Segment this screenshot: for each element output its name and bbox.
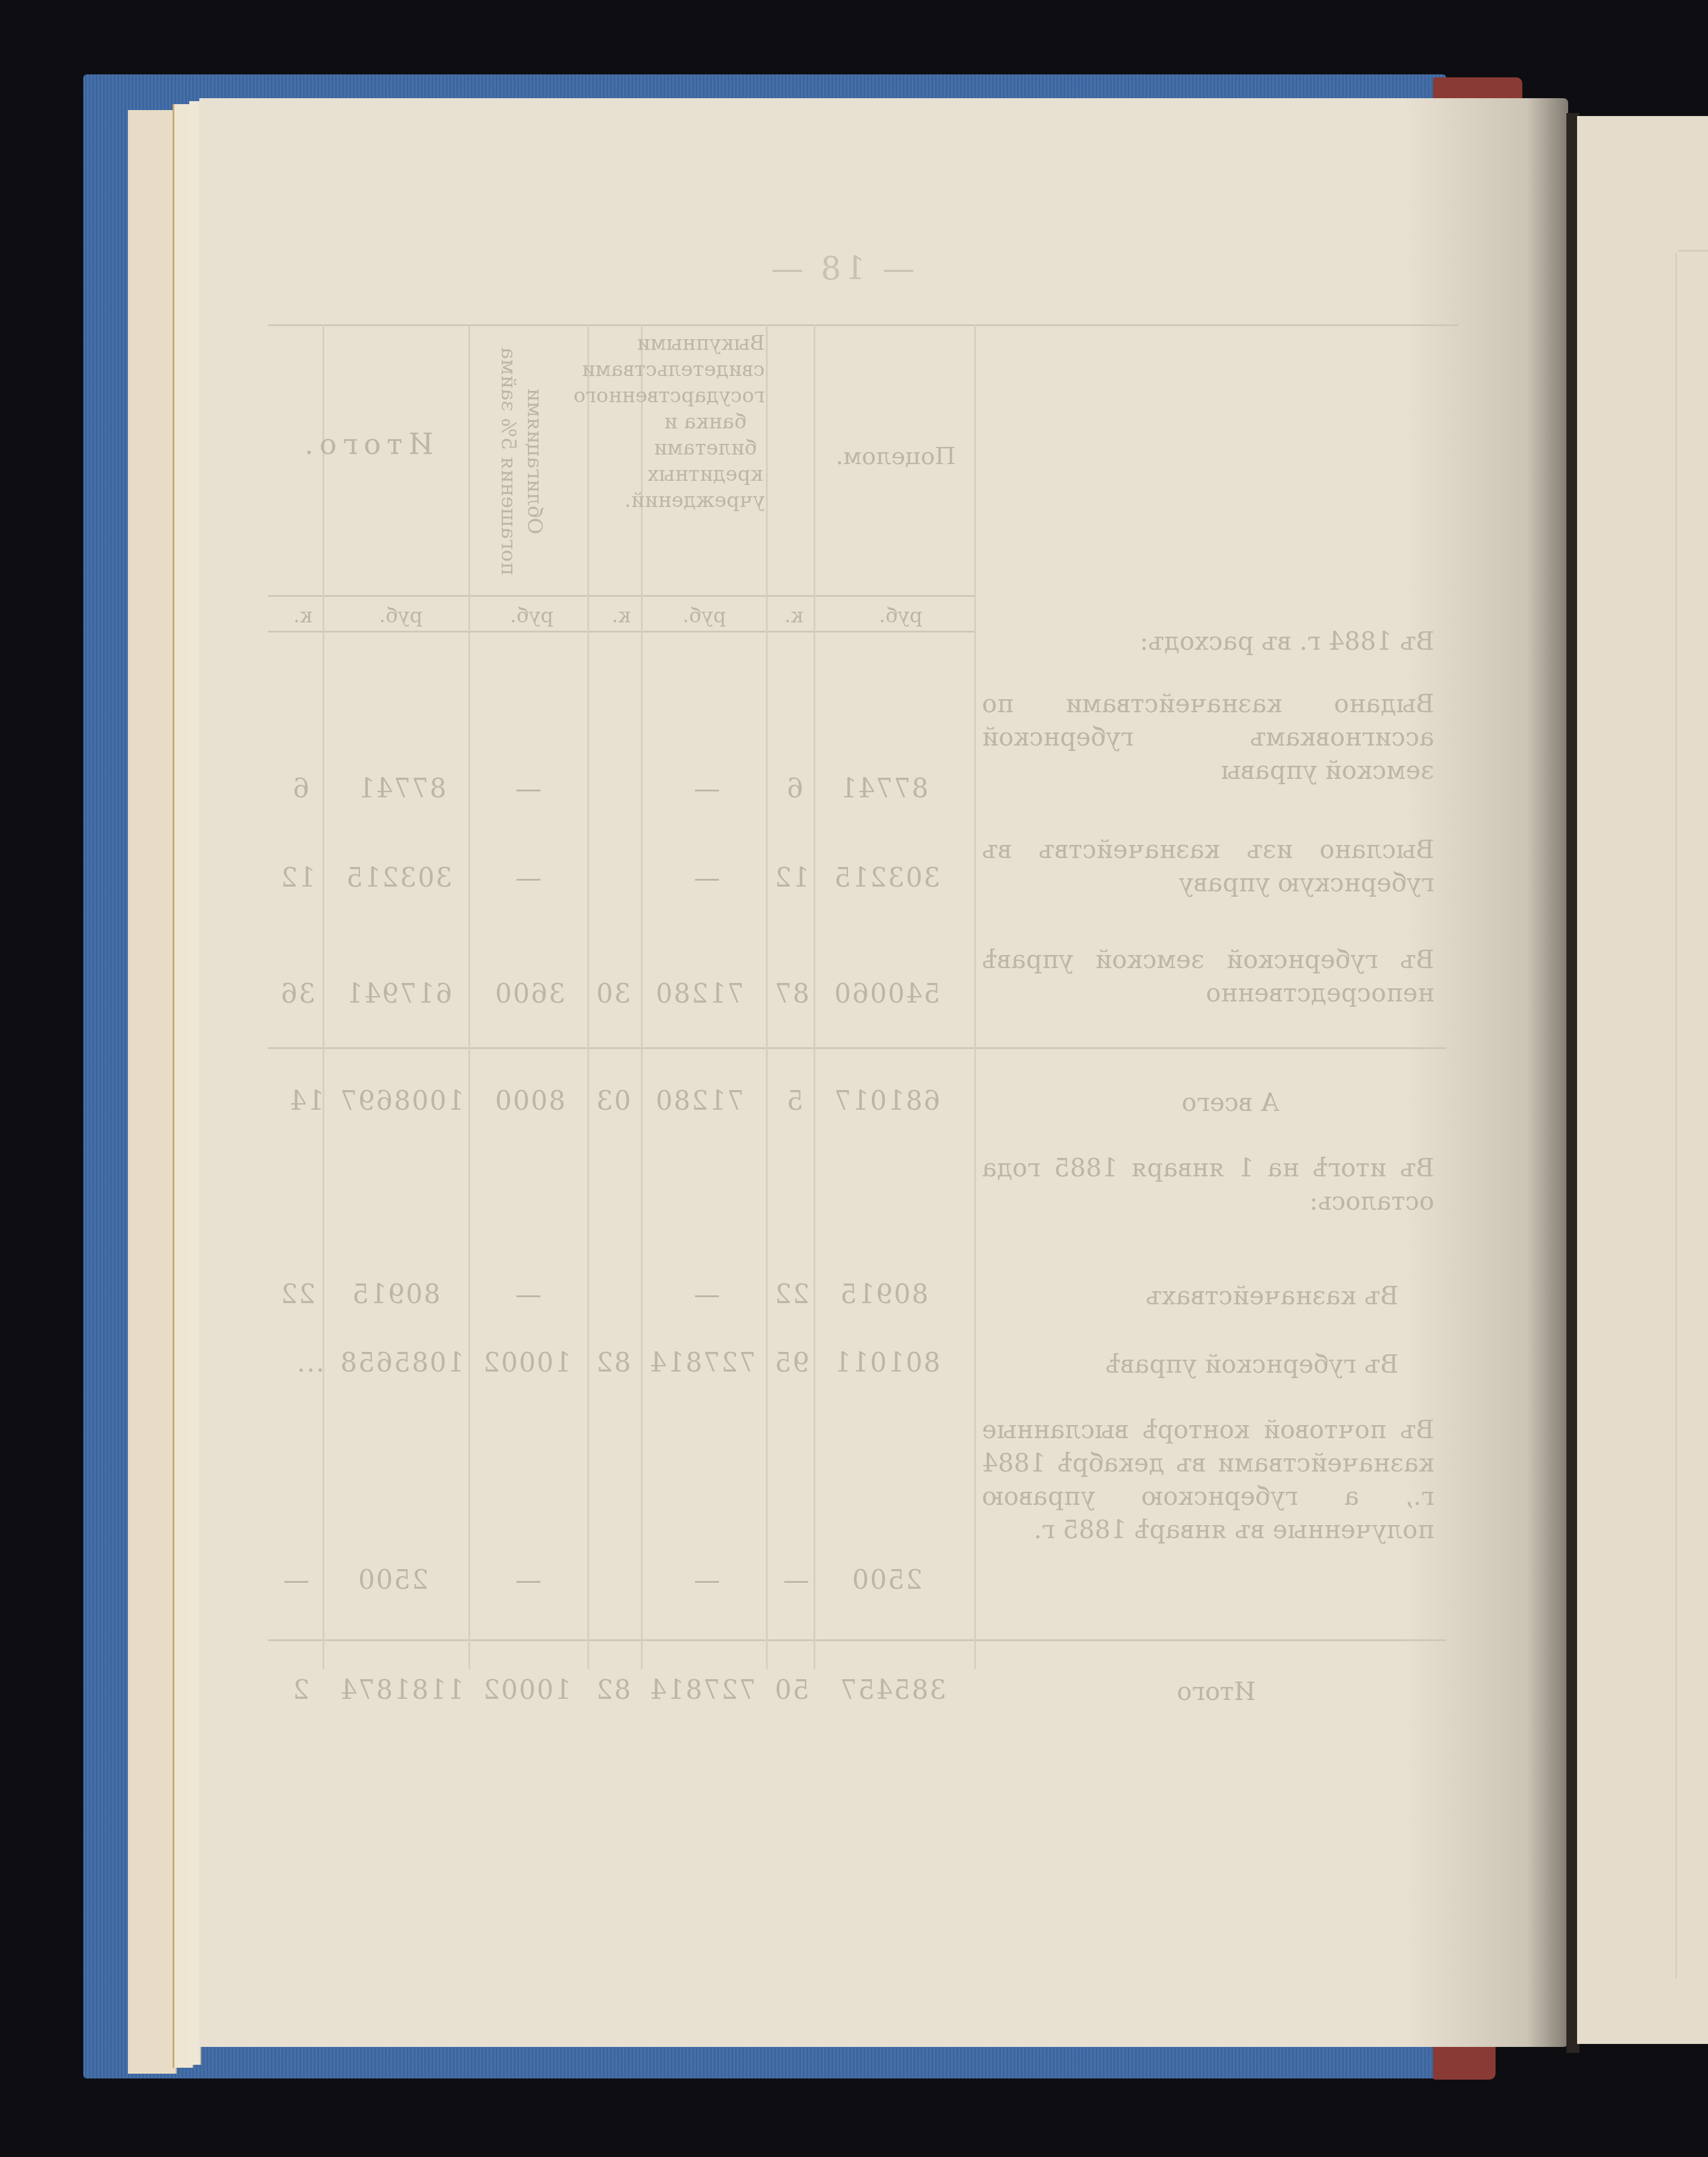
header-rassrochka: Выкупными свидетельствами государственно… xyxy=(646,330,765,514)
facing-page-rule xyxy=(1678,250,1708,252)
cell-c4-kop: 30 xyxy=(595,979,631,1009)
row-label: Въ губернской управѣ xyxy=(982,1348,1434,1381)
row-label: Въ губернской земской управѣ непосредств… xyxy=(982,943,1434,1010)
row-label-total: Итого xyxy=(982,1675,1434,1708)
cell-potselom-rub: 87741 xyxy=(839,774,928,804)
cell-itogo-kop: ... xyxy=(296,1348,324,1378)
cell-c3-rub: 10002 xyxy=(482,1348,571,1378)
col-rule xyxy=(641,324,643,1669)
cell-potselom-rub: 303215 xyxy=(833,863,940,893)
cell-c4-rub: 71280 xyxy=(655,979,744,1009)
col-rule xyxy=(974,324,976,1669)
cell-potselom-rub: 801011 xyxy=(833,1348,940,1378)
cell-c4-rub: — xyxy=(693,774,720,804)
cell-potselom-kop: 22 xyxy=(774,1279,809,1310)
facing-page-rule xyxy=(1675,253,1677,1978)
page-number: — 18 — xyxy=(768,250,915,287)
col-rule xyxy=(766,324,768,1669)
unit-kop: к. xyxy=(293,604,312,628)
cell-itogo-rub: 2500 xyxy=(357,1565,428,1595)
cell-itogo-rub: 80915 xyxy=(351,1279,440,1310)
cell-potselom-rub: 80915 xyxy=(839,1279,928,1310)
cell-c4-kop: 82 xyxy=(595,1675,631,1705)
header-potselom: Поцелом. xyxy=(821,443,970,469)
cell-potselom-kop: — xyxy=(782,1565,809,1595)
cell-potselom-rub: 540060 xyxy=(833,979,940,1009)
cell-c3-rub: 8000 xyxy=(494,1086,565,1116)
header-itogo: Итого. xyxy=(268,431,464,458)
ledger-table: Поцелом. Выкупными свидетельствами госуд… xyxy=(268,324,1458,1669)
header-rule xyxy=(268,595,976,597)
row-label-subtotal: А всего xyxy=(982,1086,1434,1119)
unit-rub: руб. xyxy=(683,604,726,628)
unit-rub: руб. xyxy=(510,604,553,628)
cell-itogo-kop: — xyxy=(282,1565,309,1595)
cell-potselom-rub: 385457 xyxy=(839,1675,946,1705)
col-rule xyxy=(323,324,324,1669)
cell-c4-rub: 71280 xyxy=(655,1086,744,1116)
cell-c3-rub: 10002 xyxy=(482,1675,571,1705)
cell-potselom-kop: 5 xyxy=(786,1086,803,1116)
cell-itogo-kop: 12 xyxy=(280,863,315,893)
row-label: Въ 1884 г. въ расходъ: xyxy=(982,625,1434,658)
row-label: Въ почтовой конторѣ высланные казначейст… xyxy=(982,1413,1434,1546)
cell-c4-rub: 727814 xyxy=(649,1675,756,1705)
cell-itogo-rub: 303215 xyxy=(345,863,452,893)
unit-rub: руб. xyxy=(879,604,922,628)
total-rule xyxy=(268,1639,1446,1641)
cell-potselom-kop: 50 xyxy=(774,1675,809,1705)
col-rule xyxy=(468,324,470,1669)
cell-potselom-rub: 2500 xyxy=(851,1565,922,1595)
facing-page xyxy=(1577,116,1708,2044)
cell-c3-rub: — xyxy=(514,1279,542,1310)
cell-itogo-rub: 1008697 xyxy=(339,1086,464,1116)
cell-c3-rub: 3600 xyxy=(494,979,565,1009)
cell-potselom-kop: 6 xyxy=(786,774,803,804)
unit-kop: к. xyxy=(784,604,803,628)
cell-itogo-kop: 36 xyxy=(280,979,315,1009)
units-rule xyxy=(268,631,976,633)
cell-potselom-rub: 681017 xyxy=(833,1086,940,1116)
cell-c3-rub: — xyxy=(514,1565,542,1595)
cell-itogo-kop: 2 xyxy=(292,1675,309,1705)
unit-rub: руб. xyxy=(379,604,423,628)
col-rule xyxy=(587,324,589,1669)
row-label: Въ итогѣ на 1 января 1885 года осталось: xyxy=(982,1151,1434,1218)
row-label: Въ казначействахъ xyxy=(982,1279,1434,1313)
page-edges xyxy=(128,110,177,2074)
unit-kop: к. xyxy=(612,604,631,628)
cell-c4-rub: — xyxy=(693,1279,720,1310)
cover-corner-bottom xyxy=(1433,2047,1496,2080)
cell-c3-rub: — xyxy=(514,774,542,804)
cell-c4-kop: 03 xyxy=(595,1086,631,1116)
row-label: Выдано казначействами по ассигновкамъ гу… xyxy=(982,687,1434,787)
row-label: Выслано изъ казначействъ въ губернскую у… xyxy=(982,833,1434,900)
cell-itogo-rub: 87741 xyxy=(357,774,446,804)
cell-c4-rub: — xyxy=(693,1565,720,1595)
cell-itogo-kop: 6 xyxy=(292,774,309,804)
cell-itogo-rub: 1181874 xyxy=(339,1675,464,1705)
cell-c3-rub: — xyxy=(514,863,542,893)
cell-itogo-rub: 1085658 xyxy=(339,1348,464,1378)
cell-potselom-kop: 12 xyxy=(774,863,809,893)
cell-itogo-rub: 617941 xyxy=(345,979,452,1009)
col-rule xyxy=(814,324,815,1669)
cell-potselom-kop: 95 xyxy=(774,1348,809,1378)
cell-c4-rub: 727814 xyxy=(649,1348,756,1378)
cell-itogo-kop: 22 xyxy=(280,1279,315,1310)
subtotal-rule xyxy=(268,1047,1446,1049)
table-top-rule xyxy=(268,324,1458,326)
cell-c4-kop: 82 xyxy=(595,1348,631,1378)
cell-itogo-kop: 14 xyxy=(289,1086,324,1116)
header-oblig: Облигациями погашения 5% займа xyxy=(500,336,548,586)
cell-potselom-kop: 87 xyxy=(774,979,809,1009)
cell-c4-rub: — xyxy=(693,863,720,893)
